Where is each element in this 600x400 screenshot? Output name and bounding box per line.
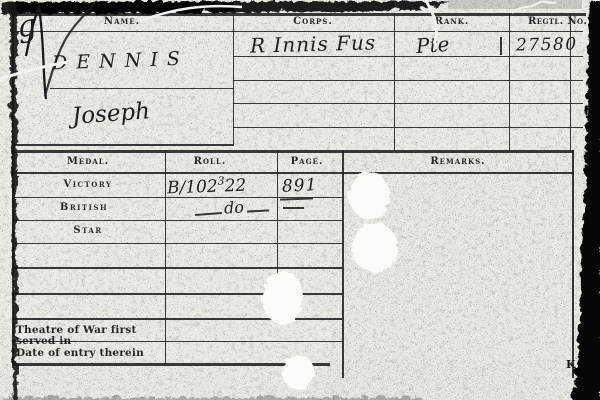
victory-roll-prefix: B/102 xyxy=(167,177,218,199)
rank-value: Pte xyxy=(415,34,450,56)
topleft-pen-mark: g xyxy=(15,11,39,44)
medal-index-card: Name. Corps. Rank. Regtl. No. DENNIS Jos… xyxy=(0,0,600,400)
name-column-header: Name. xyxy=(62,17,182,27)
british-page-ditto-dash xyxy=(283,207,304,209)
corner-letter-k: K xyxy=(566,359,576,370)
victory-page-underline xyxy=(280,197,313,200)
ditto-dash-right xyxy=(247,209,269,212)
corps-value: R Innis Fus xyxy=(250,32,377,55)
victory-roll-suffix: 22 xyxy=(224,176,246,197)
ditto-dash-left xyxy=(195,212,222,216)
rank-column-header: Rank. xyxy=(392,17,512,27)
date-of-entry-label: Date of entry therein xyxy=(16,348,166,359)
page-column-header: Page. xyxy=(272,157,342,167)
medal-row-victory-label: Victory xyxy=(28,180,148,190)
medal-column-header: Medal. xyxy=(28,157,148,167)
roll-column-header: Roll. xyxy=(170,157,250,167)
victory-page-value: 891 xyxy=(282,177,318,196)
regtl-no-column-header: Regtl. No. xyxy=(528,17,600,27)
rank-cell-pen-tick xyxy=(500,37,502,55)
remarks-column-header: Remarks. xyxy=(398,157,518,167)
regtl-no-value: 27580 xyxy=(516,36,578,54)
medal-row-star-label: Star xyxy=(28,226,148,236)
british-roll-ditto: do xyxy=(223,199,244,216)
medal-row-british-label: British xyxy=(24,203,144,213)
forename-value: Joseph xyxy=(71,100,150,128)
theatre-of-war-label: Theatre of War first served in xyxy=(16,325,166,346)
corps-column-header: Corps. xyxy=(253,17,373,27)
surname-value: DENNIS xyxy=(52,50,189,74)
victory-roll-value: B/102322 xyxy=(167,175,247,198)
